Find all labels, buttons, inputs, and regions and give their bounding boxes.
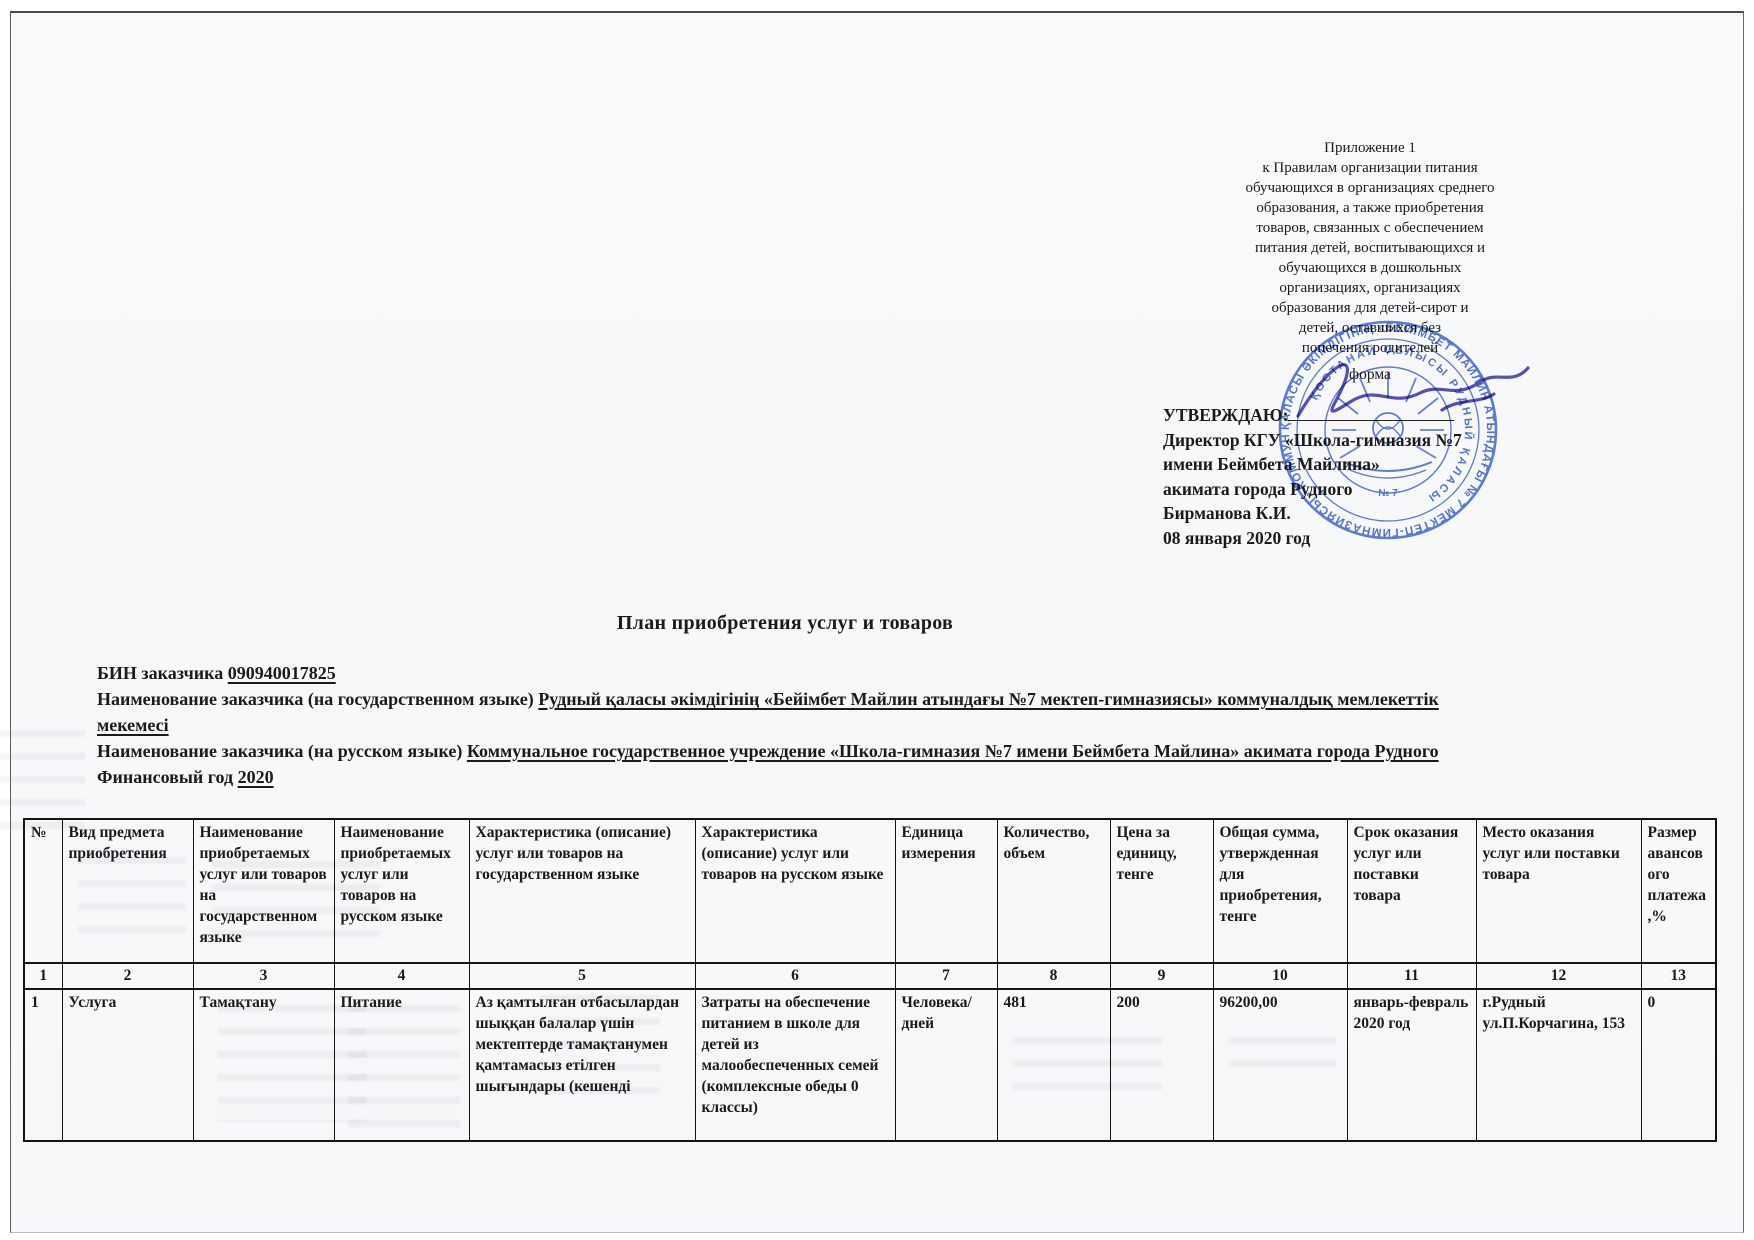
- customer-name-ru-line: Наименование заказчика (на русском языке…: [97, 738, 1451, 764]
- procurement-table: № Вид предмета приобретения Наименование…: [23, 818, 1717, 1142]
- approval-line: Директор КГУ «Школа-гимназия №7: [1163, 428, 1523, 453]
- cell-name-kz: Тамақтану: [193, 989, 334, 1141]
- cell-name-ru: Питание: [334, 989, 469, 1141]
- cell-unit-price: 200: [1110, 989, 1213, 1141]
- bin-label: БИН заказчика: [97, 663, 228, 683]
- header-quantity: Количество, объем: [997, 819, 1110, 963]
- appendix-line: организациях, организациях: [1195, 278, 1545, 298]
- col-num: 2: [62, 963, 193, 989]
- approval-block: УТВЕРЖДАЮ: Директор КГУ «Школа-гимназия …: [1163, 403, 1523, 550]
- name-ru-label: Наименование заказчика (на русском языке…: [97, 741, 467, 761]
- approval-line: имени Беймбета Майлина»: [1163, 452, 1523, 477]
- col-num: 1: [24, 963, 62, 989]
- table-row: 1 Услуга Тамақтану Питание Аз қамтылған …: [24, 989, 1716, 1141]
- cell-row-number: 1: [24, 989, 62, 1141]
- header-place: Место оказания услуг или поставки товара: [1476, 819, 1641, 963]
- cell-place: г.Рудный ул.П.Корчагина, 153: [1476, 989, 1641, 1141]
- col-num: 8: [997, 963, 1110, 989]
- header-term: Срок оказания услуг или поставки товара: [1347, 819, 1476, 963]
- col-num: 9: [1110, 963, 1213, 989]
- cell-term: январь-февраль 2020 год: [1347, 989, 1476, 1141]
- cell-quantity: 481: [997, 989, 1110, 1141]
- appendix-line: Приложение 1: [1195, 138, 1545, 158]
- approval-line: Бирманова К.И.: [1163, 501, 1523, 526]
- col-num: 12: [1476, 963, 1641, 989]
- year-label: Финансовый год: [97, 767, 238, 787]
- customer-name-kz-line: Наименование заказчика (на государственн…: [97, 686, 1451, 738]
- cell-total-sum: 96200,00: [1213, 989, 1347, 1141]
- cell-unit: Человека/дней: [895, 989, 997, 1141]
- appendix-line: обучающихся в дошкольных: [1195, 258, 1545, 278]
- col-num: 3: [193, 963, 334, 989]
- bin-value: 090940017825: [228, 663, 336, 683]
- header-name-ru: Наименование приобретаемых услуг или тов…: [334, 819, 469, 963]
- col-num: 6: [695, 963, 895, 989]
- header-name-kz: Наименование приобретаемых услуг или тов…: [193, 819, 334, 963]
- signature-line: [1288, 407, 1454, 421]
- header-item-type: Вид предмета приобретения: [62, 819, 193, 963]
- appendix-line: обучающихся в организациях среднего: [1195, 178, 1545, 198]
- fiscal-year-line: Финансовый год 2020: [97, 764, 1451, 790]
- appendix-line: к Правилам организации питания: [1195, 158, 1545, 178]
- header-number: №: [24, 819, 62, 963]
- appendix-line: товаров, связанных с обеспечением: [1195, 218, 1545, 238]
- header-advance: Размер авансового платежа,%: [1641, 819, 1716, 963]
- cell-description-ru: Затраты на обеспечение питанием в школе …: [695, 989, 895, 1141]
- header-unit-price: Цена за единицу, тенге: [1110, 819, 1213, 963]
- col-num: 10: [1213, 963, 1347, 989]
- page-title: План приобретения услуг и товаров: [0, 612, 1570, 635]
- approval-line: акимата города Рудного: [1163, 477, 1523, 502]
- cell-description-kz: Аз қамтылған отбасылардан шыққан балалар…: [469, 989, 695, 1141]
- name-ru-value: Коммунальное государственное учреждение …: [467, 741, 1439, 761]
- appendix-line: образования, а также приобретения: [1195, 198, 1545, 218]
- header-unit: Единица измерения: [895, 819, 997, 963]
- table-header-row: № Вид предмета приобретения Наименование…: [24, 819, 1716, 963]
- name-kz-label: Наименование заказчика (на государственн…: [97, 689, 538, 709]
- column-number-row: 1 2 3 4 5 6 7 8 9 10 11 12 13: [24, 963, 1716, 989]
- year-value: 2020: [238, 767, 274, 787]
- header-total-sum: Общая сумма, утвержденная для приобретен…: [1213, 819, 1347, 963]
- cell-item-type: Услуга: [62, 989, 193, 1141]
- col-num: 7: [895, 963, 997, 989]
- customer-info-block: БИН заказчика 090940017825 Наименование …: [97, 660, 1451, 790]
- cell-advance: 0: [1641, 989, 1716, 1141]
- col-num: 13: [1641, 963, 1716, 989]
- header-description-kz: Характеристика (описание) услуг или това…: [469, 819, 695, 963]
- col-num: 4: [334, 963, 469, 989]
- appendix-line: питания детей, воспитывающихся и: [1195, 238, 1545, 258]
- col-num: 5: [469, 963, 695, 989]
- approval-line: 08 января 2020 год: [1163, 526, 1523, 551]
- header-description-ru: Характеристика (описание) услуг или това…: [695, 819, 895, 963]
- col-num: 11: [1347, 963, 1476, 989]
- scanned-document-page: Приложение 1 к Правилам организации пита…: [0, 0, 1754, 1240]
- approve-label: УТВЕРЖДАЮ:: [1163, 405, 1288, 425]
- customer-bin-line: БИН заказчика 090940017825: [97, 660, 1451, 686]
